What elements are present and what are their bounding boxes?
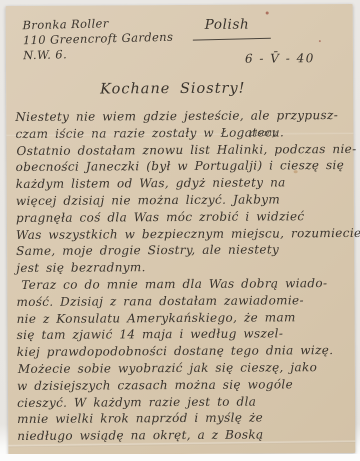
letter-line: Teraz co do mnie mam dla Was dobrą wiado… xyxy=(21,275,360,294)
letter-line: Same, moje drogie Siostry, ale niestety xyxy=(16,241,360,260)
letter-line: jest się bezradnym. xyxy=(16,258,360,277)
letter-body: Niestety nie wiem gdzie jesteście, ale p… xyxy=(15,107,360,445)
underline-stroke xyxy=(193,38,271,41)
letter-line: nie z Konsulatu Amerykańskiego, że mam xyxy=(16,308,360,327)
letter-line: Możecie sobie wyobrazić jak się cieszę, … xyxy=(18,359,360,378)
sender-district: N.W. 6. xyxy=(23,45,174,64)
paper-stain xyxy=(319,40,321,42)
letter-line: każdym listem od Was, gdyż niestety na xyxy=(16,174,360,193)
letter-line: pragnęła coś dla Was móc zrobić i widzie… xyxy=(16,208,360,227)
letter-line: Ostatnio dostałam znowu list Halinki, po… xyxy=(16,140,360,159)
letter-line: cieszyć. W każdym razie jest to dla xyxy=(17,392,360,411)
letter-line: mość. Dzisiaj z rana dostałam zawiadomie… xyxy=(16,292,360,311)
paper-stain xyxy=(294,170,298,173)
letter-line: mnie wielki krok naprzód i myślę że xyxy=(17,409,360,428)
letter-line: więcej dzisiaj nie można liczyć. Jakbym xyxy=(16,191,360,210)
letter-line: Niestety nie wiem gdzie jesteście, ale p… xyxy=(15,107,360,126)
letter-line: w dzisiejszych czasach można się wogóle xyxy=(17,376,360,395)
salutation: Kochane Siostry! xyxy=(100,81,245,98)
letter-line: obecności Janeczki (był w Portugalji) i … xyxy=(16,157,360,176)
letter-line: się tam zjawić 14 maja i według wszel- xyxy=(17,325,360,344)
letter-paper: Bronka Roller 110 Greencroft Gardens N.W… xyxy=(6,4,356,455)
paper-stain xyxy=(266,11,269,14)
letter-line: kiej prawdopodobności dostanę tego dnia … xyxy=(17,342,360,361)
scan-edge xyxy=(0,454,360,461)
sender-address: Bronka Roller 110 Greencroft Gardens N.W… xyxy=(22,15,174,64)
letter-date: 6 - V̄ - 40 xyxy=(245,51,315,65)
language-label: Polish xyxy=(205,17,250,33)
letter-line: Was wszystkich w bezpiecznym miejscu, ro… xyxy=(16,224,360,243)
